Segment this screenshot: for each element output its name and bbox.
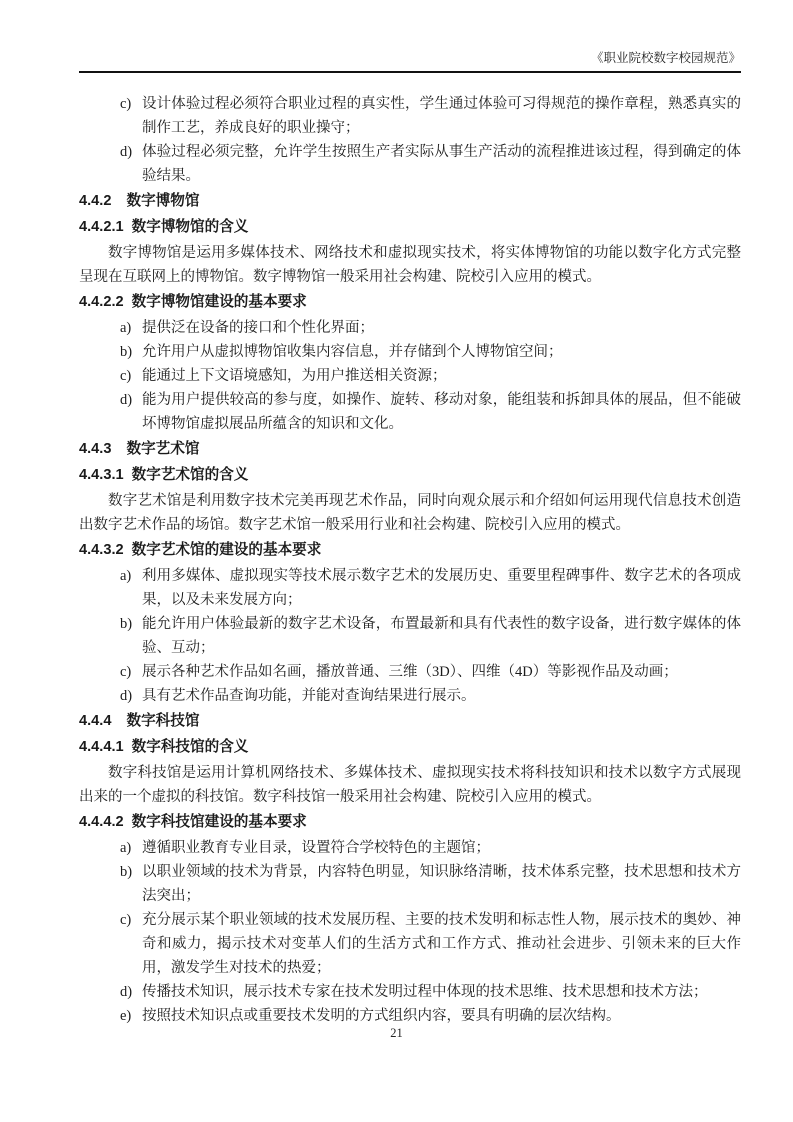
- subsection-heading: 4.4.2.2数字博物馆建设的基本要求: [79, 290, 741, 314]
- list-item: c) 展示各种艺术作品如名画，播放普通、三维（3D）、四维（4D）等影视作品及动…: [79, 660, 741, 684]
- section-number: 4.4.2: [79, 193, 111, 209]
- list-item-text: 能通过上下文语境感知，为用户推送相关资源；: [142, 364, 741, 388]
- list-item-text: 传播技术知识，展示技术专家在技术发明过程中体现的技术思维、技术思想和技术方法；: [142, 980, 741, 1004]
- list-item-text: 具有艺术作品查询功能，并能对查询结果进行展示。: [142, 684, 741, 708]
- list-item-label: d): [120, 980, 142, 1004]
- list-item-label: a): [120, 564, 142, 612]
- list-item: b) 能允许用户体验最新的数字艺术设备，布置最新和具有代表性的数字设备，进行数字…: [79, 612, 741, 660]
- subsection-title: 数字博物馆建设的基本要求: [132, 294, 307, 310]
- list-item-label: e): [120, 1004, 142, 1028]
- subsection-number: 4.4.3.1: [79, 467, 124, 483]
- list-item-label: a): [120, 316, 142, 340]
- list-item-label: c): [120, 364, 142, 388]
- paragraph: 数字科技馆是运用计算机网络技术、多媒体技术、虚拟现实技术将科技知识和技术以数字方…: [79, 761, 741, 809]
- section-title: 数字博物馆: [126, 193, 199, 209]
- page-footer: 21: [0, 1026, 793, 1041]
- list-item: c) 充分展示某个职业领域的技术发展历程、主要的技术发明和标志性人物，展示技术的…: [79, 908, 741, 980]
- page-content: c) 设计体验过程必须符合职业过程的真实性，学生通过体验可习得规范的操作章程，熟…: [79, 92, 741, 1028]
- section-number: 4.4.4: [79, 713, 111, 729]
- document-page: 《职业院校数字校园规范》 c) 设计体验过程必须符合职业过程的真实性，学生通过体…: [0, 0, 793, 1122]
- list-item-text: 充分展示某个职业领域的技术发展历程、主要的技术发明和标志性人物，展示技术的奥妙、…: [142, 908, 741, 980]
- list-item: d) 具有艺术作品查询功能，并能对查询结果进行展示。: [79, 684, 741, 708]
- list-item: b) 允许用户从虚拟博物馆收集内容信息，并存储到个人博物馆空间；: [79, 340, 741, 364]
- section-heading: 4.4.2数字博物馆: [79, 189, 741, 213]
- list-item: e) 按照技术知识点或重要技术发明的方式组织内容，要具有明确的层次结构。: [79, 1004, 741, 1028]
- subsection-heading: 4.4.4.1数字科技馆的含义: [79, 735, 741, 759]
- list-item-label: b): [120, 340, 142, 364]
- subsection-number: 4.4.2.1: [79, 219, 124, 235]
- list-item: c) 能通过上下文语境感知，为用户推送相关资源；: [79, 364, 741, 388]
- list-item-label: d): [120, 140, 142, 188]
- list-item-text: 按照技术知识点或重要技术发明的方式组织内容，要具有明确的层次结构。: [142, 1004, 741, 1028]
- subsection-title: 数字艺术馆的含义: [132, 467, 249, 483]
- subsection-number: 4.4.4.2: [79, 814, 124, 830]
- list-item-label: b): [120, 860, 142, 908]
- section-title: 数字科技馆: [126, 713, 199, 729]
- list-item-text: 利用多媒体、虚拟现实等技术展示数字艺术的发展历史、重要里程碑事件、数字艺术的各项…: [142, 564, 741, 612]
- subsection-heading: 4.4.2.1数字博物馆的含义: [79, 215, 741, 239]
- list-item: c) 设计体验过程必须符合职业过程的真实性，学生通过体验可习得规范的操作章程，熟…: [79, 92, 741, 140]
- page-header: 《职业院校数字校园规范》: [79, 50, 741, 73]
- subsection-heading: 4.4.3.2数字艺术馆的建设的基本要求: [79, 538, 741, 562]
- subsection-number: 4.4.4.1: [79, 739, 124, 755]
- list-item: a) 提供泛在设备的接口和个性化界面；: [79, 316, 741, 340]
- list-item-label: a): [120, 836, 142, 860]
- list-item-text: 遵循职业教育专业目录，设置符合学校特色的主题馆；: [142, 836, 741, 860]
- list-item-label: d): [120, 388, 142, 436]
- list-item-label: b): [120, 612, 142, 660]
- list-item-label: c): [120, 92, 142, 140]
- subsection-title: 数字博物馆的含义: [132, 219, 249, 235]
- list-item: b) 以职业领域的技术为背景，内容特色明显，知识脉络清晰，技术体系完整，技术思想…: [79, 860, 741, 908]
- list-item-label: d): [120, 684, 142, 708]
- list-item-text: 提供泛在设备的接口和个性化界面；: [142, 316, 741, 340]
- list-item-text: 允许用户从虚拟博物馆收集内容信息，并存储到个人博物馆空间；: [142, 340, 741, 364]
- list-item: d) 传播技术知识，展示技术专家在技术发明过程中体现的技术思维、技术思想和技术方…: [79, 980, 741, 1004]
- list-item-text: 展示各种艺术作品如名画，播放普通、三维（3D）、四维（4D）等影视作品及动画；: [142, 660, 741, 684]
- paragraph: 数字艺术馆是利用数字技术完美再现艺术作品，同时向观众展示和介绍如何运用现代信息技…: [79, 489, 741, 537]
- list-item: a) 利用多媒体、虚拟现实等技术展示数字艺术的发展历史、重要里程碑事件、数字艺术…: [79, 564, 741, 612]
- list-item: a) 遵循职业教育专业目录，设置符合学校特色的主题馆；: [79, 836, 741, 860]
- list-item-text: 设计体验过程必须符合职业过程的真实性，学生通过体验可习得规范的操作章程，熟悉真实…: [142, 92, 741, 140]
- list-item: d) 能为用户提供较高的参与度，如操作、旋转、移动对象，能组装和拆卸具体的展品，…: [79, 388, 741, 436]
- paragraph: 数字博物馆是运用多媒体技术、网络技术和虚拟现实技术，将实体博物馆的功能以数字化方…: [79, 241, 741, 289]
- section-heading: 4.4.3数字艺术馆: [79, 437, 741, 461]
- running-title: 《职业院校数字校园规范》: [591, 51, 741, 65]
- section-title: 数字艺术馆: [126, 441, 199, 457]
- list-item-text: 能允许用户体验最新的数字艺术设备，布置最新和具有代表性的数字设备，进行数字媒体的…: [142, 612, 741, 660]
- subsection-heading: 4.4.4.2数字科技馆建设的基本要求: [79, 810, 741, 834]
- list-item: d) 体验过程必须完整，允许学生按照生产者实际从事生产活动的流程推进该过程，得到…: [79, 140, 741, 188]
- subsection-number: 4.4.3.2: [79, 542, 124, 558]
- section-number: 4.4.3: [79, 441, 111, 457]
- list-item-text: 能为用户提供较高的参与度，如操作、旋转、移动对象，能组装和拆卸具体的展品，但不能…: [142, 388, 741, 436]
- subsection-title: 数字艺术馆的建设的基本要求: [132, 542, 322, 558]
- section-heading: 4.4.4数字科技馆: [79, 709, 741, 733]
- subsection-heading: 4.4.3.1数字艺术馆的含义: [79, 463, 741, 487]
- list-item-text: 以职业领域的技术为背景，内容特色明显，知识脉络清晰，技术体系完整，技术思想和技术…: [142, 860, 741, 908]
- page-number: 21: [390, 1026, 403, 1040]
- subsection-title: 数字科技馆建设的基本要求: [132, 814, 307, 830]
- list-item-label: c): [120, 908, 142, 980]
- subsection-number: 4.4.2.2: [79, 294, 124, 310]
- list-item-label: c): [120, 660, 142, 684]
- list-item-text: 体验过程必须完整，允许学生按照生产者实际从事生产活动的流程推进该过程，得到确定的…: [142, 140, 741, 188]
- subsection-title: 数字科技馆的含义: [132, 739, 249, 755]
